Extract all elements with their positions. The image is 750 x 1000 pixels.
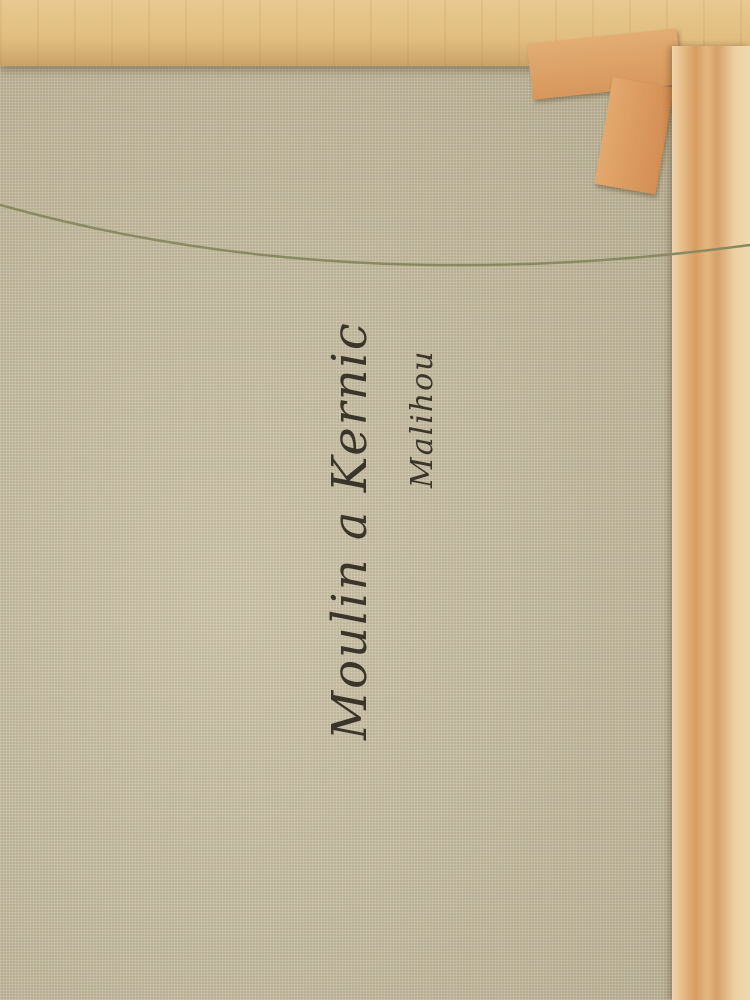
- artist-name-inscription: Malihou: [405, 350, 440, 489]
- stretcher-bar-right: [672, 46, 750, 1000]
- painting-title-inscription: Moulin a Kernic: [322, 321, 378, 740]
